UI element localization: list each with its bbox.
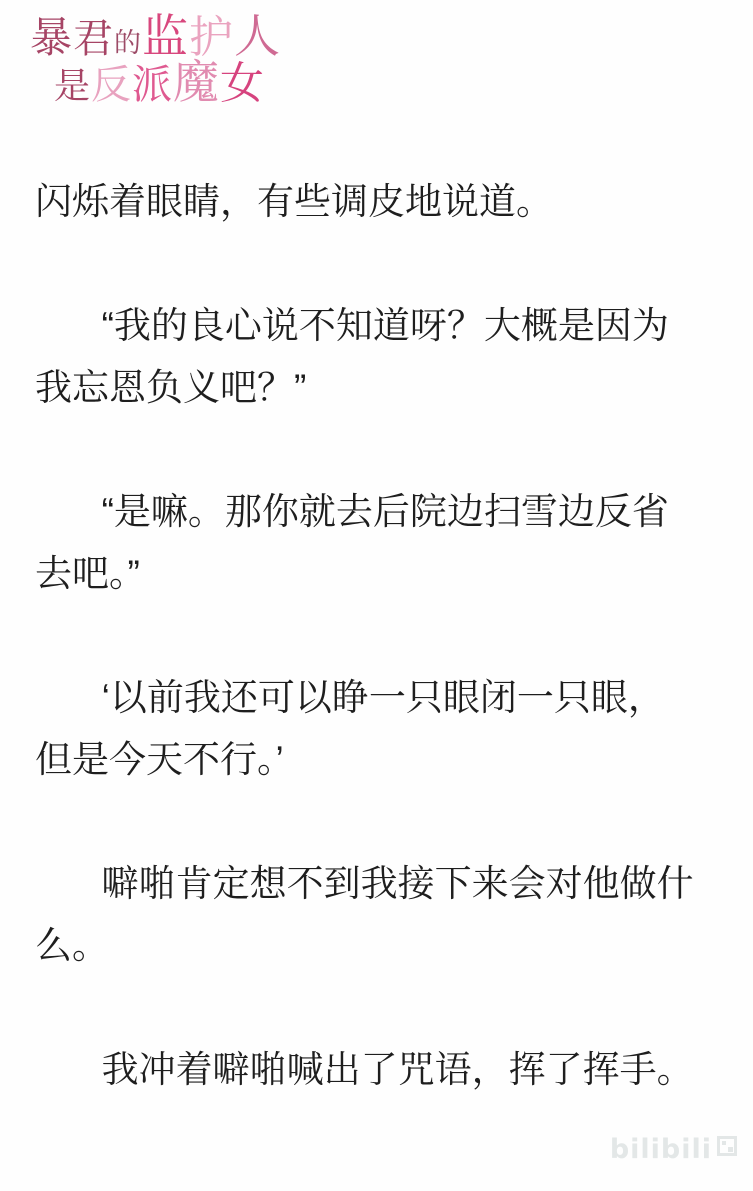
logo-char: 派 bbox=[132, 64, 173, 107]
novel-title-logo: 暴君的监护人 是反派魔女 bbox=[0, 0, 753, 107]
paragraph: “是嘛。那你就去后院边扫雪边反省去吧。” bbox=[35, 481, 735, 605]
paragraph: 我冲着噼啪喊出了咒语，挥了挥手。 bbox=[35, 1039, 735, 1101]
logo-char: 女 bbox=[220, 60, 265, 108]
logo-char: 魔 bbox=[173, 58, 220, 108]
novel-text: 闪烁着眼睛，有些调皮地说道。“我的良心说不知道呀？大概是因为我忘恩负义吧？”“是… bbox=[35, 171, 735, 1101]
paragraph: 闪烁着眼睛，有些调皮地说道。 bbox=[35, 171, 735, 233]
logo-char: 的 bbox=[114, 29, 142, 58]
bilibili-watermark: bilibili bbox=[610, 1134, 737, 1165]
logo-char: 君 bbox=[73, 18, 114, 61]
logo-char: 是 bbox=[54, 68, 91, 107]
paragraph: ‘以前我还可以睁一只眼闭一只眼，但是今天不行。’ bbox=[35, 667, 735, 791]
logo-line1: 暴君的监护人 bbox=[30, 12, 753, 62]
paragraph: “我的良心说不知道呀？大概是因为我忘恩负义吧？” bbox=[35, 295, 735, 419]
logo-char: 暴 bbox=[30, 15, 73, 60]
paragraph: 噼啪肯定想不到我接下来会对他做什么。 bbox=[35, 853, 735, 977]
logo-char: 人 bbox=[234, 12, 281, 62]
bilibili-logo-text: bilibili bbox=[610, 1134, 712, 1165]
logo-line2: 是反派魔女 bbox=[30, 58, 753, 108]
logo-char: 反 bbox=[91, 64, 132, 107]
qr-mini-icon bbox=[717, 1136, 737, 1156]
